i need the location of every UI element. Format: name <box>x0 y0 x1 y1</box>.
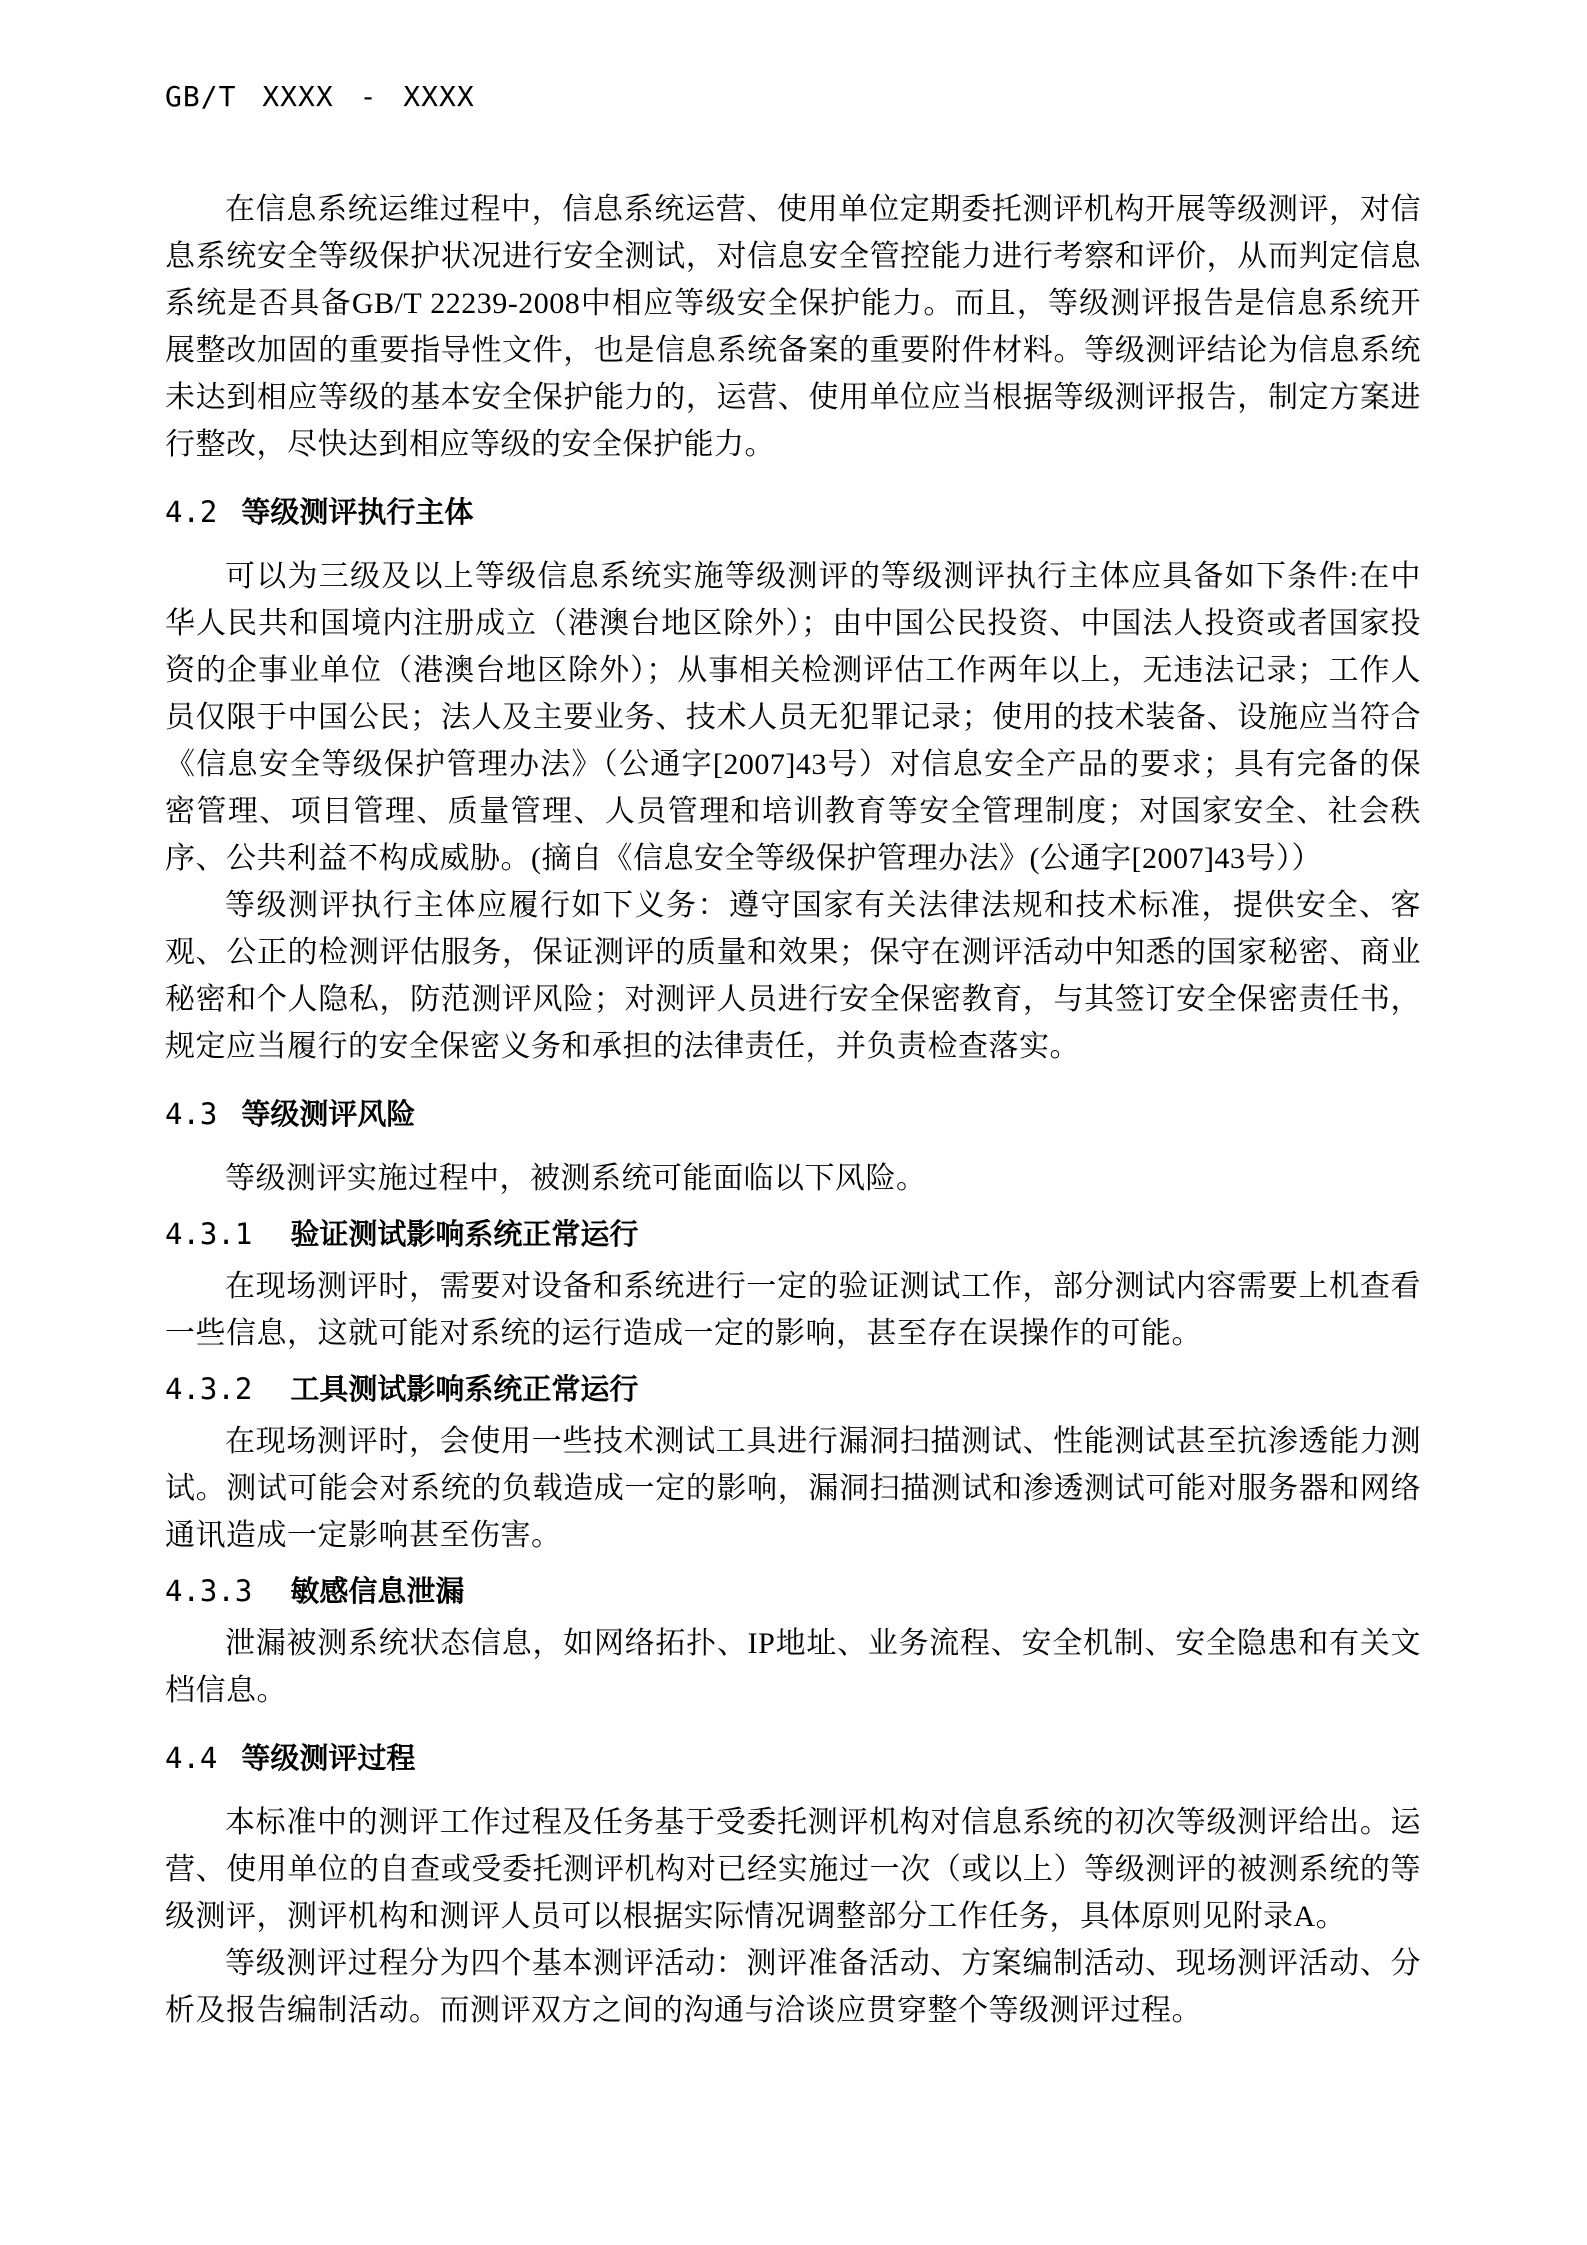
section-title: 等级测评风险 <box>241 1099 415 1131</box>
paragraph-risk-intro: 等级测评实施过程中，被测系统可能面临以下风险。 <box>165 1155 1421 1202</box>
section-heading-4-3-1: 4.3.1验证测试影响系统正常运行 <box>165 1214 1421 1255</box>
section-number: 4.3.2 <box>165 1372 252 1406</box>
paragraph-executor-conditions: 可以为三级及以上等级信息系统实施等级测评的等级测评执行主体应具备如下条件:在中华… <box>165 553 1421 882</box>
paragraph-process-basis: 本标准中的测评工作过程及任务基于受委托测评机构对信息系统的初次等级测评给出。运营… <box>165 1799 1421 1940</box>
standard-number-header: GB/T XXXX - XXXX <box>165 80 475 113</box>
section-title: 等级测评过程 <box>241 1743 415 1775</box>
section-heading-4-4: 4.4等级测评过程 <box>165 1738 1421 1779</box>
section-number: 4.3.3 <box>165 1574 252 1608</box>
section-heading-4-3: 4.3等级测评风险 <box>165 1094 1421 1135</box>
section-number: 4.3.1 <box>165 1217 252 1251</box>
document-content: 在信息系统运维过程中，信息系统运营、使用单位定期委托测评机构开展等级测评，对信息… <box>165 186 1421 2034</box>
paragraph-sensitive-info-leak: 泄漏被测系统状态信息，如网络拓扑、IP地址、业务流程、安全机制、安全隐患和有关文… <box>165 1620 1421 1714</box>
section-title: 工具测试影响系统正常运行 <box>290 1374 638 1406</box>
section-heading-4-2: 4.2等级测评执行主体 <box>165 492 1421 533</box>
section-title: 等级测评执行主体 <box>241 497 473 529</box>
section-number: 4.3 <box>165 1097 217 1131</box>
paragraph-tool-test-risk: 在现场测评时，会使用一些技术测试工具进行漏洞扫描测试、性能测试甚至抗渗透能力测试… <box>165 1418 1421 1559</box>
standard-document-page: GB/T XXXX - XXXX 在信息系统运维过程中，信息系统运营、使用单位定… <box>0 0 1587 2245</box>
section-heading-4-3-2: 4.3.2工具测试影响系统正常运行 <box>165 1369 1421 1410</box>
section-heading-4-3-3: 4.3.3敏感信息泄漏 <box>165 1571 1421 1612</box>
paragraph-executor-obligations: 等级测评执行主体应履行如下义务：遵守国家有关法律法规和技术标准，提供安全、客观、… <box>165 882 1421 1070</box>
section-number: 4.2 <box>165 495 217 529</box>
section-title: 验证测试影响系统正常运行 <box>290 1219 638 1251</box>
paragraph-verification-test-risk: 在现场测评时，需要对设备和系统进行一定的验证测试工作，部分测试内容需要上机查看一… <box>165 1263 1421 1357</box>
section-number: 4.4 <box>165 1741 217 1775</box>
paragraph-operation-maintenance: 在信息系统运维过程中，信息系统运营、使用单位定期委托测评机构开展等级测评，对信息… <box>165 186 1421 468</box>
paragraph-process-activities: 等级测评过程分为四个基本测评活动：测评准备活动、方案编制活动、现场测评活动、分析… <box>165 1940 1421 2034</box>
section-title: 敏感信息泄漏 <box>290 1576 464 1608</box>
